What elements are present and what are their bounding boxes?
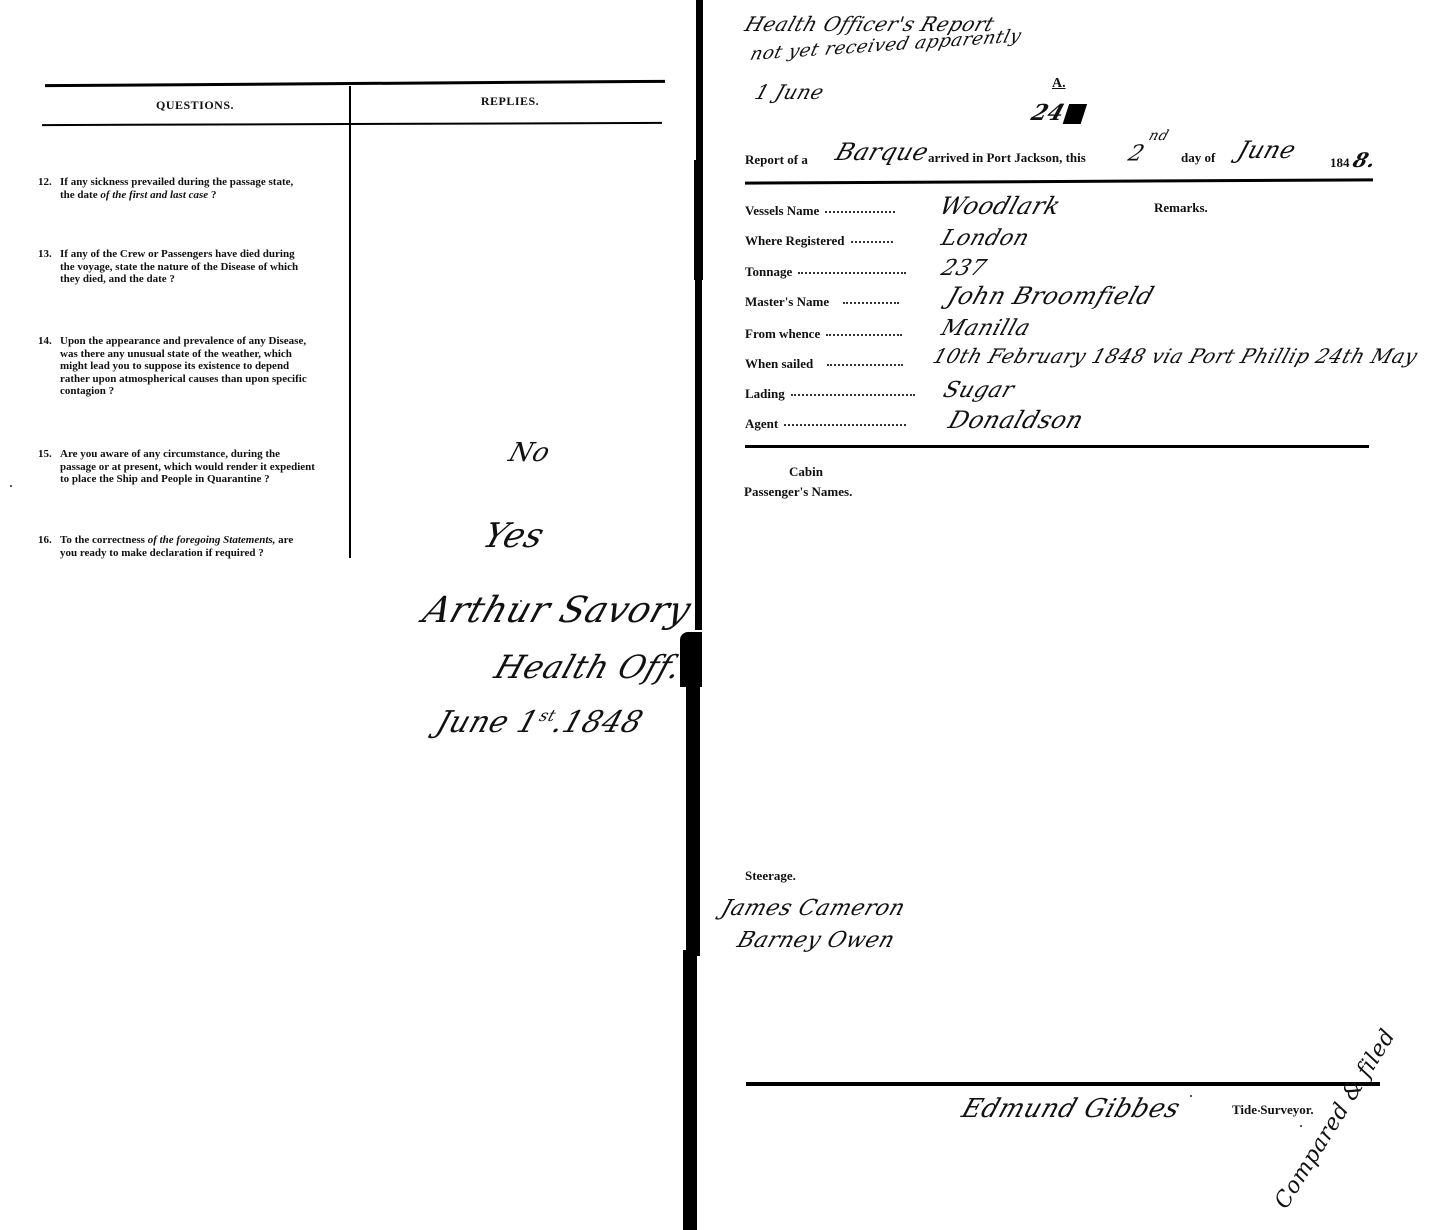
cabin-label: Cabin <box>789 464 823 480</box>
margin-note-line-3: 1 June <box>752 80 828 104</box>
field-label-where-registered: Where Registered <box>745 233 893 249</box>
field-label-masters-name: Master's Name <box>745 294 899 310</box>
question-13: 13.If any of the Crew or Passengers have… <box>38 248 343 286</box>
reply-q16: Yes <box>478 516 550 556</box>
field-value-lading: Sugar <box>940 378 1018 403</box>
steerage-passenger-2: Barney Owen <box>734 928 898 953</box>
report-prefix: Report of a <box>745 152 808 168</box>
reply-q15: No <box>505 438 554 468</box>
table-header-rule <box>42 122 662 126</box>
field-label-when-sailed: When sailed <box>745 356 903 372</box>
tide-surveyor-signature: Edmund Gibbes <box>958 1094 1184 1124</box>
arrival-day: 2nd <box>1125 140 1167 166</box>
field-value-tonnage: 237 <box>938 256 990 281</box>
replies-header: REPLIES. <box>440 94 580 109</box>
field-value-when-sailed: 10th February 1848 via Port Phillip 24th… <box>930 344 1421 368</box>
question-14: 14.Upon the appearance and prevalence of… <box>38 335 343 398</box>
question-12: 12.If any sickness prevailed during the … <box>38 176 343 201</box>
form-number: 24 <box>1028 100 1088 126</box>
field-label-from-whence: From whence <box>745 326 902 342</box>
remarks-label: Remarks. <box>1154 200 1208 216</box>
field-value-from-whence: Manilla <box>938 316 1034 341</box>
tide-surveyor-label: Tide Surveyor. <box>1232 1102 1314 1118</box>
fields-rule <box>745 445 1369 448</box>
report-rule <box>745 178 1373 184</box>
field-value-agent: Donaldson <box>945 406 1087 434</box>
questions-header: QUESTIONS. <box>120 98 270 113</box>
steerage-passenger-1: James Cameron <box>718 896 908 921</box>
arrived-text: arrived in Port Jackson, this <box>928 150 1086 166</box>
steerage-label: Steerage. <box>745 868 796 884</box>
arrival-month: June <box>1234 136 1300 164</box>
field-label-vessels-name: Vessels Name <box>745 203 895 219</box>
vessel-type: Barque <box>832 138 933 166</box>
field-value-where-registered: London <box>938 226 1033 251</box>
field-value-vessels-name: Woodlark <box>936 192 1064 220</box>
field-label-agent: Agent <box>745 416 906 432</box>
corner-annotation: Compared & filed <box>1270 1025 1401 1214</box>
table-column-divider <box>349 86 351 558</box>
field-label-tonnage: Tonnage <box>745 264 906 280</box>
health-officer-date: June 1st.1848 <box>432 705 647 740</box>
day-of-text: day of <box>1181 150 1215 166</box>
question-15: 15.Are you aware of any circumstance, du… <box>38 448 343 486</box>
cabin-passengers-label: Passenger's Names. <box>744 484 852 500</box>
arrival-year: 1848. <box>1330 148 1371 172</box>
table-top-rule <box>45 80 665 87</box>
field-value-masters-name: John Broomfield <box>944 282 1158 310</box>
health-officer-signature: Arthur Savory <box>418 590 696 631</box>
field-label-lading: Lading <box>745 386 915 402</box>
surveyor-rule <box>746 1082 1380 1086</box>
health-officer-title: Health Off. <box>490 648 687 686</box>
question-16: 16.To the correctness of the foregoing S… <box>38 534 343 559</box>
form-letter: A. <box>1052 76 1066 92</box>
